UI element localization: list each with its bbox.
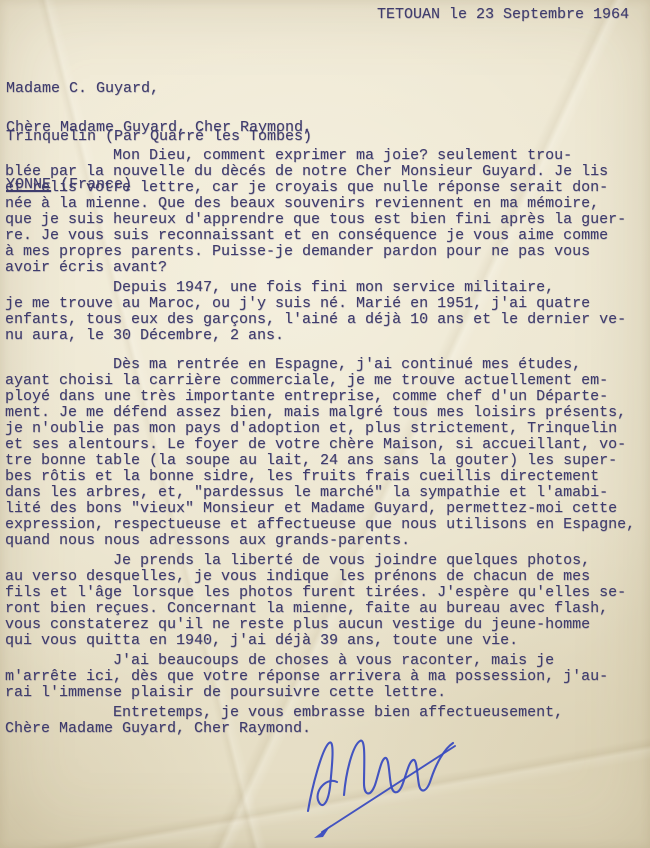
paragraph-5: J'ai beaucoups de choses à vous raconter… <box>5 653 649 701</box>
closing: Entretemps, je vous embrasse bien affect… <box>5 705 649 737</box>
signature-scrawl <box>308 741 453 811</box>
handwritten-signature <box>272 735 477 845</box>
letter-page: TETOUAN le 23 Septembre 1964 Madame C. G… <box>0 0 650 848</box>
paragraph-1: Mon Dieu, comment exprimer ma joie? seul… <box>5 148 649 276</box>
signature-arrow-tip <box>314 825 331 838</box>
paragraph-4: Je prends la liberté de vous joindre que… <box>5 553 649 649</box>
salutation: Chère Madame Guyard, Cher Raymond, <box>6 120 312 136</box>
paragraph-2: Depuis 1947, une fois fini mon service m… <box>5 280 649 344</box>
signature-flourish <box>322 746 455 832</box>
paragraph-3: Dès ma rentrée en Espagne, j'ai continué… <box>5 357 649 549</box>
recipient-name: Madame C. Guyard, <box>6 81 312 97</box>
dateline: TETOUAN le 23 Septembre 1964 <box>377 7 629 23</box>
letter-body: Mon Dieu, comment exprimer ma joie? seul… <box>5 148 649 741</box>
